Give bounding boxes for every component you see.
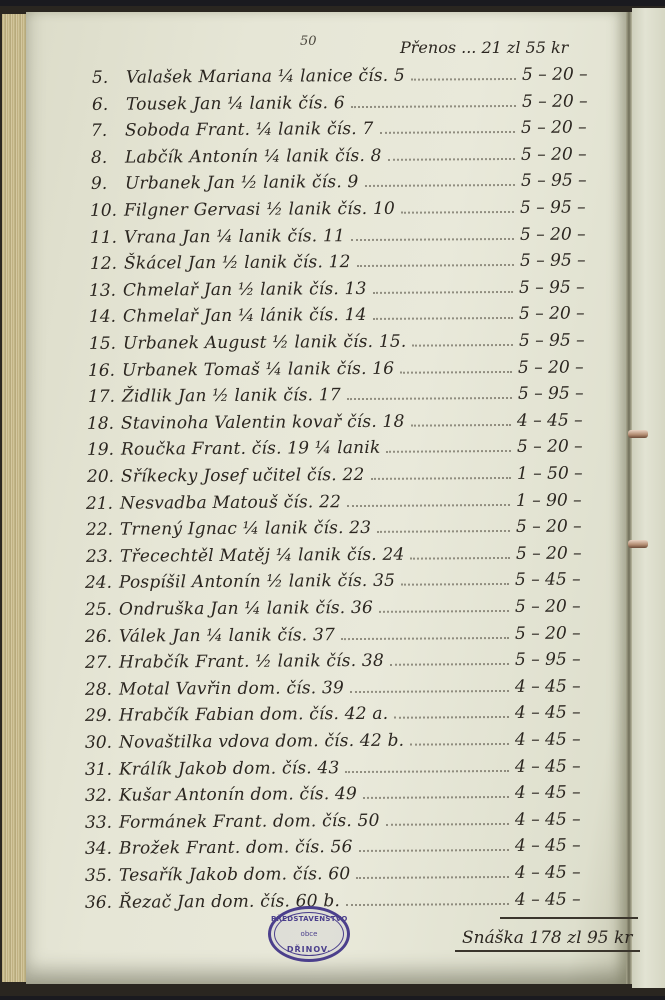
leader-dots [386,438,511,453]
entry-amount: 5 – 20 – [515,623,630,644]
entry-amount: 4 – 45 – [515,676,630,697]
leader-dots [388,146,515,161]
municipal-stamp: PŘEDSTAVENSTVO obce DŘINOV. [268,906,350,962]
entry-description: Soboda Frant. ¼ lanik čís. 7 [125,119,374,141]
grand-total: Snáška 178 zl 95 kr [462,928,632,948]
entry-amount: 4 – 45 – [515,702,630,723]
entry-amount: 4 – 45 – [515,862,630,883]
ledger-entry: 12.Škácel Jan ½ lanik čís. 125 – 95 – [89,250,634,280]
entry-number: 13. [89,280,123,300]
ledger-entry: 19.Roučka Frant. čís. 19 ¼ lanik5 – 20 – [87,436,632,466]
entry-amount: 5 – 95 – [515,649,630,670]
leader-dots [379,598,509,613]
entry-number: 23. [86,546,120,566]
entry-number: 22. [86,520,120,540]
entry-number: 26. [85,626,119,646]
leader-dots [350,678,509,693]
entry-amount: 5 – 95 – [520,197,635,218]
entry-description: Chmelař Jan ¼ lánik čís. 14 [123,305,367,327]
leader-dots [377,518,510,533]
entry-amount: 5 – 95 – [518,383,633,404]
entry-amount: 5 – 45 – [515,569,630,590]
entry-amount: 5 – 20 – [521,117,636,138]
entry-description: Chmelař Jan ½ lanik čís. 13 [123,279,367,301]
entry-number: 21. [86,493,120,513]
entry-number: 12. [89,254,123,274]
entry-amount: 4 – 45 – [515,889,630,910]
entry-number: 15. [88,334,122,354]
leader-dots [346,891,509,906]
leader-dots [347,385,512,400]
entry-amount: 4 – 45 – [515,782,630,803]
ledger-entry: 25.Ondruška Jan ¼ lanik čís. 365 – 20 – [85,596,630,626]
leader-dots [364,172,515,187]
entry-amount: 5 – 20 – [520,224,635,245]
entry-amount: 5 – 20 – [517,436,632,457]
page-number: 50 [300,34,317,49]
leader-dots [411,66,516,81]
leader-dots [370,465,511,480]
entry-amount: 5 – 20 – [522,91,637,112]
ledger-entry: 31.Králík Jakob dom. čís. 434 – 45 – [85,756,630,786]
stamp-bottom-text: DŘINOV. [271,945,347,954]
total-underline [455,950,640,952]
ledger-entry: 6.Tousek Jan ¼ lanik čís. 65 – 20 – [92,91,637,121]
entry-amount: 5 – 20 – [515,596,630,617]
leader-dots [359,837,510,852]
entry-description: Brožek Frant. dom. čís. 56 [119,837,353,859]
ledger-entry: 17.Židlik Jan ½ lanik čís. 175 – 95 – [88,383,633,413]
leader-dots [363,784,509,799]
leader-dots [380,119,516,134]
leader-dots [372,305,512,320]
entry-amount: 5 – 20 – [518,357,633,378]
leader-dots [394,704,509,719]
ledger-entry: 26.Válek Jan ¼ lanik čís. 375 – 20 – [85,623,630,653]
entry-description: Třecechtěl Matěj ¼ lanik čís. 24 [120,544,405,566]
entry-description: Roučka Frant. čís. 19 ¼ lanik [121,438,381,460]
ledger-entry: 15.Urbanek August ½ lanik čís. 15.5 – 95… [88,330,633,360]
entry-number: 7. [91,121,125,141]
ledger-entry: 23.Třecechtěl Matěj ¼ lanik čís. 245 – 2… [86,543,631,573]
stamp-top-text: PŘEDSTAVENSTVO [271,915,347,923]
entry-number: 17. [88,387,122,407]
leader-dots [410,545,510,560]
entry-description: Kušar Antonín dom. čís. 49 [119,784,357,806]
ledger-entry: 22.Trnený Ignac ¼ lanik čís. 235 – 20 – [86,516,631,546]
entry-amount: 1 – 90 – [516,490,631,511]
ledger-entry: 5.Valašek Mariana ¼ lanice čís. 55 – 20 … [92,64,637,94]
entry-number: 19. [87,440,121,460]
entry-number: 5. [92,68,126,88]
entry-description: Králík Jakob dom. čís. 43 [119,758,340,780]
entry-description: Formánek Frant. dom. čís. 50 [119,811,380,833]
entry-number: 24. [85,573,119,593]
ledger-entry: 16.Urbanek Tomaš ¼ lanik čís. 165 – 20 – [88,357,633,387]
entry-number: 20. [87,467,121,487]
entry-description: Hrabčík Fabian dom. čís. 42 a. [119,704,388,726]
leader-dots [411,412,512,427]
entry-amount: 5 – 95 – [518,330,633,351]
entry-description: Novaštilka vdova dom. čís. 42 b. [119,731,404,753]
entry-amount: 4 – 45 – [515,756,630,777]
ledger-entry: 36.Řezač Jan dom. čís. 60 b.4 – 45 – [85,889,630,919]
entry-amount: 4 – 45 – [515,729,630,750]
entry-number: 31. [85,759,119,779]
ledger-entry: 18.Stavinoha Valentin kovař čís. 184 – 4… [87,410,632,440]
entry-number: 18. [87,413,121,433]
entry-amount: 5 – 20 – [522,64,637,85]
leader-dots [350,93,515,108]
entry-number: 29. [85,706,119,726]
leader-dots [412,332,513,347]
leader-dots [356,252,513,267]
entry-amount: 4 – 45 – [517,410,632,431]
ledger-entry: 21.Nesvadba Matouš čís. 221 – 90 – [86,490,631,520]
entry-amount: 4 – 45 – [515,835,630,856]
entry-description: Urbanek Tomaš ¼ lanik čís. 16 [122,358,394,380]
leader-dots [356,864,509,879]
ledger-entry: 32.Kušar Antonín dom. čís. 494 – 45 – [85,782,630,812]
entry-description: Tesařík Jakob dom. čís. 60 [119,864,350,886]
entry-description: Filgner Gervasi ½ lanik čís. 10 [124,199,395,221]
entry-amount: 5 – 95 – [519,250,634,271]
ledger-entry: 13.Chmelař Jan ½ lanik čís. 135 – 95 – [89,277,634,307]
leader-dots [390,651,509,666]
ledger-entry: 35.Tesařík Jakob dom. čís. 604 – 45 – [85,862,630,892]
entry-number: 25. [85,600,119,620]
leader-dots [410,731,509,746]
ledger-entry: 14.Chmelař Jan ¼ lánik čís. 145 – 20 – [89,303,634,333]
entry-amount: 5 – 95 – [520,170,635,191]
stamp-middle-text: obce [271,930,347,938]
entry-description: Pospíšil Antonín ½ lanik čís. 35 [119,571,395,593]
entry-description: Valašek Mariana ¼ lanice čís. 5 [126,66,405,88]
ledger-entry: 24.Pospíšil Antonín ½ lanik čís. 355 – 4… [85,569,630,599]
leader-dots [373,279,513,294]
entry-number: 11. [90,227,124,247]
entry-amount: 5 – 95 – [519,277,634,298]
ledger-entry: 29.Hrabčík Fabian dom. čís. 42 a.4 – 45 … [85,702,630,732]
leader-dots [341,625,509,640]
entry-number: 10. [90,201,124,221]
entry-amount: 1 – 50 – [517,463,632,484]
ledger-entry: 7.Soboda Frant. ¼ lanik čís. 75 – 20 – [91,117,636,147]
entry-amount: 5 – 20 – [516,543,631,564]
entry-amount: 5 – 20 – [519,303,634,324]
entry-number: 14. [89,307,123,327]
entry-description: Trnený Ignac ¼ lanik čís. 23 [120,518,371,540]
entry-description: Škácel Jan ½ lanik čís. 12 [123,252,350,274]
leader-dots [347,492,510,507]
entry-description: Hrabčík Frant. ½ lanik čís. 38 [119,651,384,673]
page-edges [2,14,27,982]
leader-dots [400,359,512,374]
entry-number: 16. [88,360,122,380]
ledger-entry: 28.Motal Vavřin dom. čís. 394 – 45 – [85,676,630,706]
entry-number: 8. [91,147,125,167]
entry-description: Sříkecky Josef učitel čís. 22 [121,465,365,487]
next-page-edge [632,8,665,988]
entry-description: Válek Jan ¼ lanik čís. 37 [119,625,335,647]
entry-number: 27. [85,653,119,673]
carry-over-total: Přenos ... 21 zl 55 kr [400,38,568,57]
entry-number: 28. [85,679,119,699]
entry-description: Urbanek Jan ½ lanik čís. 9 [125,172,359,194]
entry-description: Vrana Jan ¼ lanik čís. 11 [124,226,345,248]
leader-dots [351,226,514,241]
sum-rule [500,917,638,919]
entry-number: 34. [85,839,119,859]
leader-dots [401,199,514,214]
entry-number: 35. [85,866,119,886]
ledger-entry: 9.Urbanek Jan ½ lanik čís. 95 – 95 – [91,170,636,200]
entry-description: Ondruška Jan ¼ lanik čís. 36 [119,598,373,620]
entry-number: 32. [85,786,119,806]
ledger-entry: 33.Formánek Frant. dom. čís. 504 – 45 – [85,809,630,839]
entry-description: Tousek Jan ¼ lanik čís. 6 [126,93,345,115]
ledger-entry: 27.Hrabčík Frant. ½ lanik čís. 385 – 95 … [85,649,630,679]
leader-dots [386,811,509,826]
ledger-entry: 10.Filgner Gervasi ½ lanik čís. 105 – 95… [90,197,635,227]
entry-number: 9. [91,174,125,194]
leader-dots [401,571,509,586]
leader-dots [345,758,509,773]
entry-description: Motal Vavřin dom. čís. 39 [119,678,344,700]
entry-description: Labčík Antonín ¼ lanik čís. 8 [125,146,382,168]
entry-number: 30. [85,733,119,753]
entry-description: Židlik Jan ½ lanik čís. 17 [122,385,341,407]
entry-amount: 5 – 20 – [521,144,636,165]
entry-number: 6. [92,94,126,114]
ledger-entry: 8.Labčík Antonín ¼ lanik čís. 85 – 20 – [91,144,636,174]
ledger-entry: 20.Sříkecky Josef učitel čís. 221 – 50 – [87,463,632,493]
entry-description: Nesvadba Matouš čís. 22 [120,492,341,514]
entry-number: 36. [85,892,119,912]
entry-number: 33. [85,812,119,832]
entry-amount: 4 – 45 – [515,809,630,830]
ledger-entry: 11.Vrana Jan ¼ lanik čís. 115 – 20 – [90,224,635,254]
entry-amount: 5 – 20 – [516,516,631,537]
ledger-entry: 30.Novaštilka vdova dom. čís. 42 b.4 – 4… [85,729,630,759]
entry-description: Stavinoha Valentin kovař čís. 18 [121,411,405,433]
entry-description: Urbanek August ½ lanik čís. 15. [122,332,406,354]
ledger-entry: 34.Brožek Frant. dom. čís. 564 – 45 – [85,835,630,865]
